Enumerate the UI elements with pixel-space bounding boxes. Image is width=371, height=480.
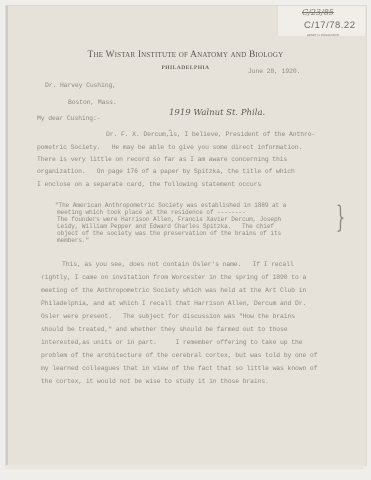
paragraph-2-line-3: meeting of the Anthropometric Society wh…	[41, 287, 306, 294]
recipient-city: Boston, Mass.	[68, 99, 117, 106]
paragraph-1-line-3: There is very little on record so far as…	[37, 156, 287, 163]
salutation: My dear Cushing:-	[37, 115, 101, 122]
handwritten-address-insert: 1919 Walnut St. Phila.	[169, 108, 265, 118]
quote-brace-mark: }	[336, 203, 346, 233]
quote-line-6: members."	[57, 238, 89, 245]
paragraph-1-line-5: I enclose on a separate card, the follow…	[37, 181, 261, 188]
paragraph-1-line-4: organization. On page 176 of a paper by …	[37, 168, 295, 175]
page-shadow	[6, 465, 364, 469]
paragraph-2-line-7: interested,as units or in part. I rememb…	[41, 339, 302, 346]
paragraph-2-line-5: Osler were present. The subject for disc…	[41, 313, 295, 320]
quote-line-5: object of the society was the preservati…	[57, 231, 281, 238]
letter-date: June 28, 1920.	[248, 68, 300, 75]
donaldson-stamp: HENRY H. DONALDSON	[307, 33, 339, 37]
paragraph-2-line-1: This, as you see, does not contain Osler…	[62, 261, 294, 268]
paragraph-1-line-2: pometric Society. He may be able to give…	[37, 144, 302, 151]
recipient-name: Dr. Harvey Cushing,	[45, 82, 116, 89]
paragraph-2-line-2: rightly, I came on invitation from Worce…	[41, 274, 306, 281]
paragraph-2-line-9: my learned colleagues that in view of th…	[41, 365, 317, 372]
paragraph-2-line-4: Philadelphia, and at which I recall that…	[41, 300, 306, 307]
paragraph-2-line-10: the cortex, it would not be wise to stud…	[41, 378, 269, 385]
paragraph-2-line-8: problem of the architecture of the cereb…	[41, 352, 317, 359]
paragraph-1-line-1: Dr. F. X. Dercum,is, I believe, Presiden…	[106, 131, 315, 138]
crossed-out-number: C/23/85	[302, 8, 334, 17]
letterhead-city: PHILADELPHIA	[0, 65, 371, 71]
catalog-number: C/17/78.22	[304, 20, 355, 31]
paragraph-2-line-6: should be treated," and whether they sho…	[41, 326, 288, 333]
letterhead-institution: The Wistar Institute of Anatomy and Biol…	[0, 50, 371, 60]
